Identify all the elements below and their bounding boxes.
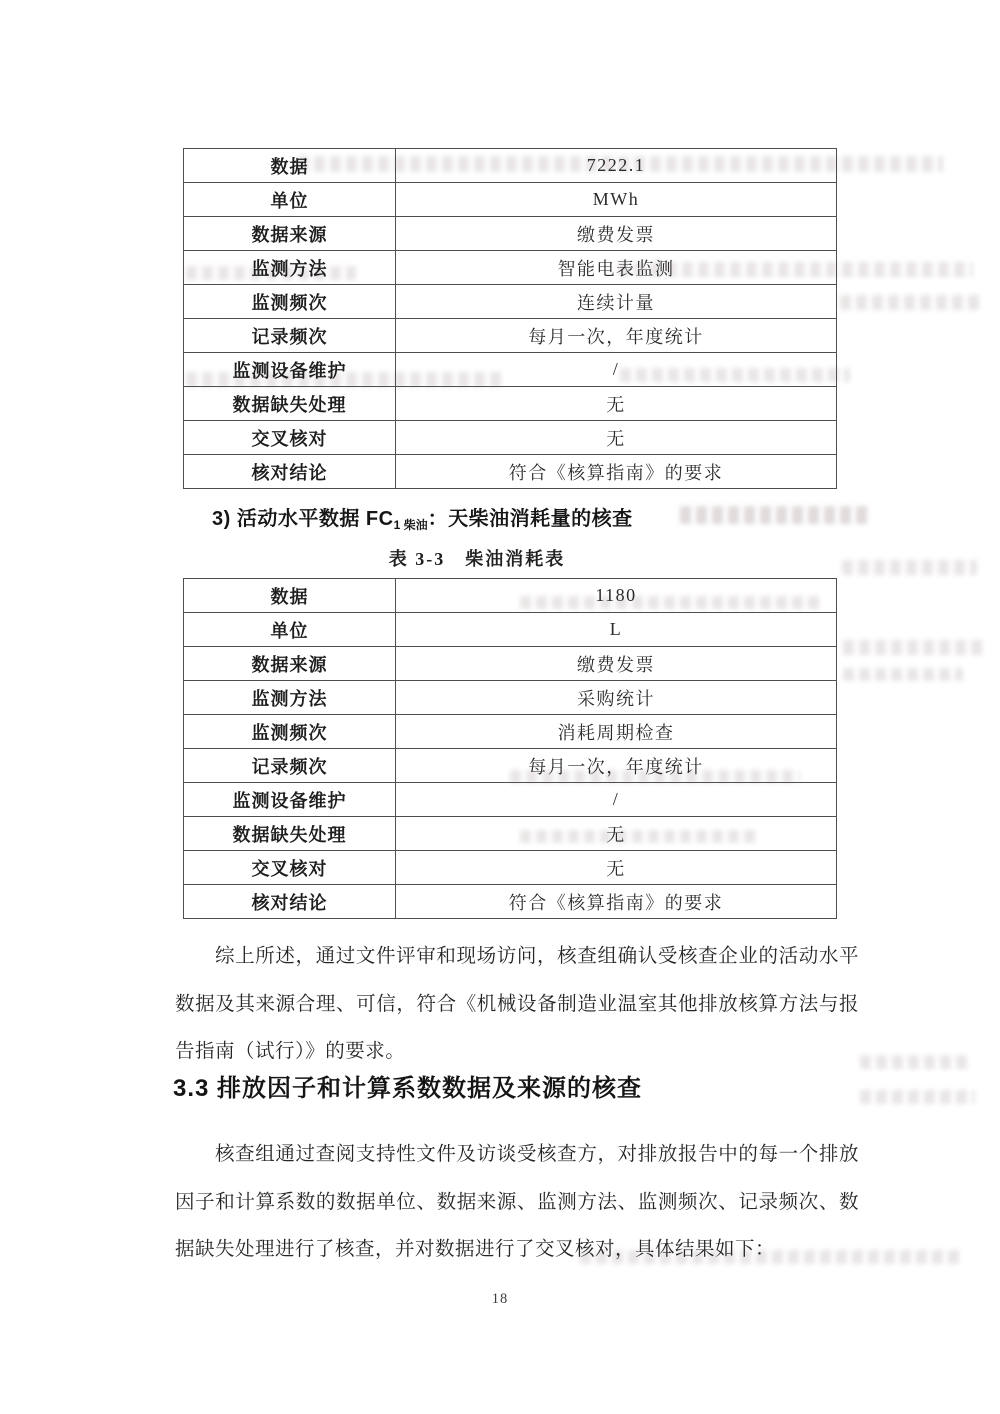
row-label: 监测频次 xyxy=(184,285,396,319)
bleed-through-artifact xyxy=(680,506,870,524)
bleed-through-artifact xyxy=(860,1090,975,1104)
table-row: 核对结论 符合《核算指南》的要求 xyxy=(184,885,837,919)
section-3-3-heading: 3.3 排放因子和计算系数数据及来源的核查 xyxy=(173,1068,642,1103)
document-page: 数据 7222.1 单位 MWh 数据来源 缴费发票 监测方法 智能电表监测 监… xyxy=(0,0,1000,1414)
row-label: 记录频次 xyxy=(184,319,396,353)
row-value: L xyxy=(396,613,837,647)
row-value: / xyxy=(396,783,837,817)
row-value: 符合《核算指南》的要求 xyxy=(396,885,837,919)
row-value: 无 xyxy=(396,421,837,455)
row-label: 数据来源 xyxy=(184,217,396,251)
table-row: 监测频次 连续计量 xyxy=(184,285,837,319)
table-row: 监测设备维护 / xyxy=(184,353,837,387)
electricity-verification-table: 数据 7222.1 单位 MWh 数据来源 缴费发票 监测方法 智能电表监测 监… xyxy=(183,148,837,489)
row-value: / xyxy=(396,353,837,387)
row-label: 数据来源 xyxy=(184,647,396,681)
bleed-through-artifact xyxy=(843,668,963,681)
row-label: 数据 xyxy=(184,149,396,183)
table-row: 数据来源 缴费发票 xyxy=(184,217,837,251)
row-value: 每月一次，年度统计 xyxy=(396,749,837,783)
table-row: 数据缺失处理 无 xyxy=(184,387,837,421)
activity-data-heading: 3) 活动水平数据 FC1 柴油：天柴油消耗量的核查 xyxy=(212,502,633,533)
row-value: 符合《核算指南》的要求 xyxy=(396,455,837,489)
table-row: 数据 1180 xyxy=(184,579,837,613)
table-row: 交叉核对 无 xyxy=(184,421,837,455)
row-value: 缴费发票 xyxy=(396,217,837,251)
row-label: 记录频次 xyxy=(184,749,396,783)
table-row: 数据来源 缴费发票 xyxy=(184,647,837,681)
row-label: 监测设备维护 xyxy=(184,783,396,817)
row-label: 核对结论 xyxy=(184,455,396,489)
row-value: 1180 xyxy=(396,579,837,613)
table-row: 交叉核对 无 xyxy=(184,851,837,885)
page-number: 18 xyxy=(0,1291,1000,1308)
row-value: 每月一次，年度统计 xyxy=(396,319,837,353)
row-label: 数据缺失处理 xyxy=(184,387,396,421)
table-row: 单位 L xyxy=(184,613,837,647)
row-value: 消耗周期检查 xyxy=(396,715,837,749)
row-label: 交叉核对 xyxy=(184,851,396,885)
row-value: 无 xyxy=(396,817,837,851)
table-row: 数据缺失处理 无 xyxy=(184,817,837,851)
row-label: 交叉核对 xyxy=(184,421,396,455)
table-row: 单位 MWh xyxy=(184,183,837,217)
emission-factor-paragraph: 核查组通过查阅支持性文件及访谈受核查方，对排放报告中的每一个排放因子和计算系数的… xyxy=(175,1131,859,1274)
row-label: 监测频次 xyxy=(184,715,396,749)
row-label: 核对结论 xyxy=(184,885,396,919)
row-value: 无 xyxy=(396,851,837,885)
activity-heading-suffix: ：天柴油消耗量的核查 xyxy=(428,508,633,530)
row-label: 监测方法 xyxy=(184,251,396,285)
table-row: 监测设备维护 / xyxy=(184,783,837,817)
row-value: 缴费发票 xyxy=(396,647,837,681)
row-label: 数据 xyxy=(184,579,396,613)
row-value: 无 xyxy=(396,387,837,421)
table-row: 监测方法 采购统计 xyxy=(184,681,837,715)
summary-paragraph: 综上所述，通过文件评审和现场访问，核查组确认受核查企业的活动水平数据及其来源合理… xyxy=(175,933,859,1076)
bleed-through-artifact xyxy=(843,640,983,655)
bleed-through-artifact xyxy=(840,295,980,310)
row-label: 单位 xyxy=(184,613,396,647)
diesel-verification-table: 数据 1180 单位 L 数据来源 缴费发票 监测方法 采购统计 监测频次 消耗… xyxy=(183,578,837,919)
table-row: 监测方法 智能电表监测 xyxy=(184,251,837,285)
table-row: 记录频次 每月一次，年度统计 xyxy=(184,319,837,353)
table-row: 监测频次 消耗周期检查 xyxy=(184,715,837,749)
row-value: 连续计量 xyxy=(396,285,837,319)
row-value: MWh xyxy=(396,183,837,217)
table-row: 核对结论 符合《核算指南》的要求 xyxy=(184,455,837,489)
table-3-3-caption: 表 3-3 柴油消耗表 xyxy=(150,545,804,571)
table-row: 记录频次 每月一次，年度统计 xyxy=(184,749,837,783)
row-value: 智能电表监测 xyxy=(396,251,837,285)
row-label: 监测方法 xyxy=(184,681,396,715)
bleed-through-artifact xyxy=(842,560,977,575)
row-value: 采购统计 xyxy=(396,681,837,715)
table-row: 数据 7222.1 xyxy=(184,149,837,183)
row-label: 数据缺失处理 xyxy=(184,817,396,851)
row-label: 单位 xyxy=(184,183,396,217)
bleed-through-artifact xyxy=(860,1055,970,1069)
row-label: 监测设备维护 xyxy=(184,353,396,387)
activity-heading-prefix: 3) 活动水平数据 FC xyxy=(212,508,394,530)
row-value: 7222.1 xyxy=(396,149,837,183)
activity-heading-subscript: 1 柴油 xyxy=(394,518,428,532)
